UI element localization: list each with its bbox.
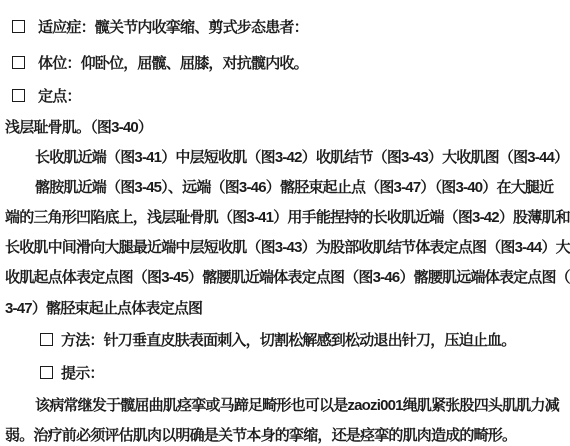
checkbox-line: 提示： [5,356,570,389]
line-text: 长收肌中间滑向大腿最近端中层短收肌（图3-43）为股部收肌结节体表定点图（图3-… [5,236,570,257]
text-line: 端的三角形凹陷底上，浅层耻骨肌（图3-41）用手能捏持的长收肌近端（图3-42）… [5,201,570,231]
line-text: 体位：仰卧位，屈髋、屈膝，对抗髋内收。 [38,52,308,73]
text-line: 浅层耻骨肌。（图3-40） [5,111,570,141]
text-line: 该病常继发于髋屈曲肌痉挛或马蹄足畸形也可以是zaozi001绳肌紧张股四头肌肌力… [5,389,570,419]
text-line: 收肌起点体表定点图（图3-45）髂腰肌近端体表定点图（图3-46）髂腰肌远端体表… [5,261,570,291]
line-text: 收肌起点体表定点图（图3-45）髂腰肌近端体表定点图（图3-46）髂腰肌远端体表… [5,266,570,287]
line-text: 定点： [38,85,81,106]
text-line: 长收肌近端（图3-41）中层短收肌（图3-42）收肌结节（图3-43）大收肌图（… [5,141,570,171]
text-line: 髂胺肌近端（图3-45）、远端（图3-46）髂胫束起止点（图3-47）（图3-4… [5,171,570,201]
line-text: 髂胺肌近端（图3-45）、远端（图3-46）髂胫束起止点（图3-47）（图3-4… [35,176,553,197]
line-text: 方法：针刀垂直皮肤表面刺入，切割松解感到松动退出针刀，压迫止血。 [61,329,515,350]
line-text: 长收肌近端（图3-41）中层短收肌（图3-42）收肌结节（图3-43）大收肌图（… [35,146,568,167]
checkbox-line: 体位：仰卧位，屈髋、屈膝，对抗髋内收。 [5,44,570,80]
checkbox-icon [40,333,53,346]
text-line: 3-47）髂胫束起止点体表定点图 [5,291,570,323]
line-text: 提示： [61,362,104,383]
checkbox-icon [12,56,25,69]
checkbox-line: 适应症：髋关节内收挛缩、剪式步态患者： [5,8,570,44]
line-text: 端的三角形凹陷底上，浅层耻骨肌（图3-41）用手能捏持的长收肌近端（图3-42）… [5,206,570,227]
line-text: 适应症：髋关节内收挛缩、剪式步态患者： [38,16,308,37]
line-text: 浅层耻骨肌。（图3-40） [5,116,152,137]
checkbox-line: 定点： [5,80,570,111]
checkbox-icon [12,20,25,33]
line-text: 该病常继发于髋屈曲肌痉挛或马蹄足畸形也可以是zaozi001绳肌紧张股四头肌肌力… [35,394,559,415]
line-text: 弱。治疗前必须评估肌肉以明确是关节本身的挛缩，还是痉挛的肌肉造成的畸形。 [5,424,516,445]
checkbox-icon [40,366,53,379]
text-line: 弱。治疗前必须评估肌肉以明确是关节本身的挛缩，还是痉挛的肌肉造成的畸形。 [5,419,570,446]
document-page: 适应症：髋关节内收挛缩、剪式步态患者：体位：仰卧位，屈髋、屈膝，对抗髋内收。定点… [0,0,570,446]
text-line: 长收肌中间滑向大腿最近端中层短收肌（图3-43）为股部收肌结节体表定点图（图3-… [5,231,570,261]
checkbox-line: 方法：针刀垂直皮肤表面刺入，切割松解感到松动退出针刀，压迫止血。 [5,323,570,356]
checkbox-icon [12,89,25,102]
line-text: 3-47）髂胫束起止点体表定点图 [5,297,202,318]
